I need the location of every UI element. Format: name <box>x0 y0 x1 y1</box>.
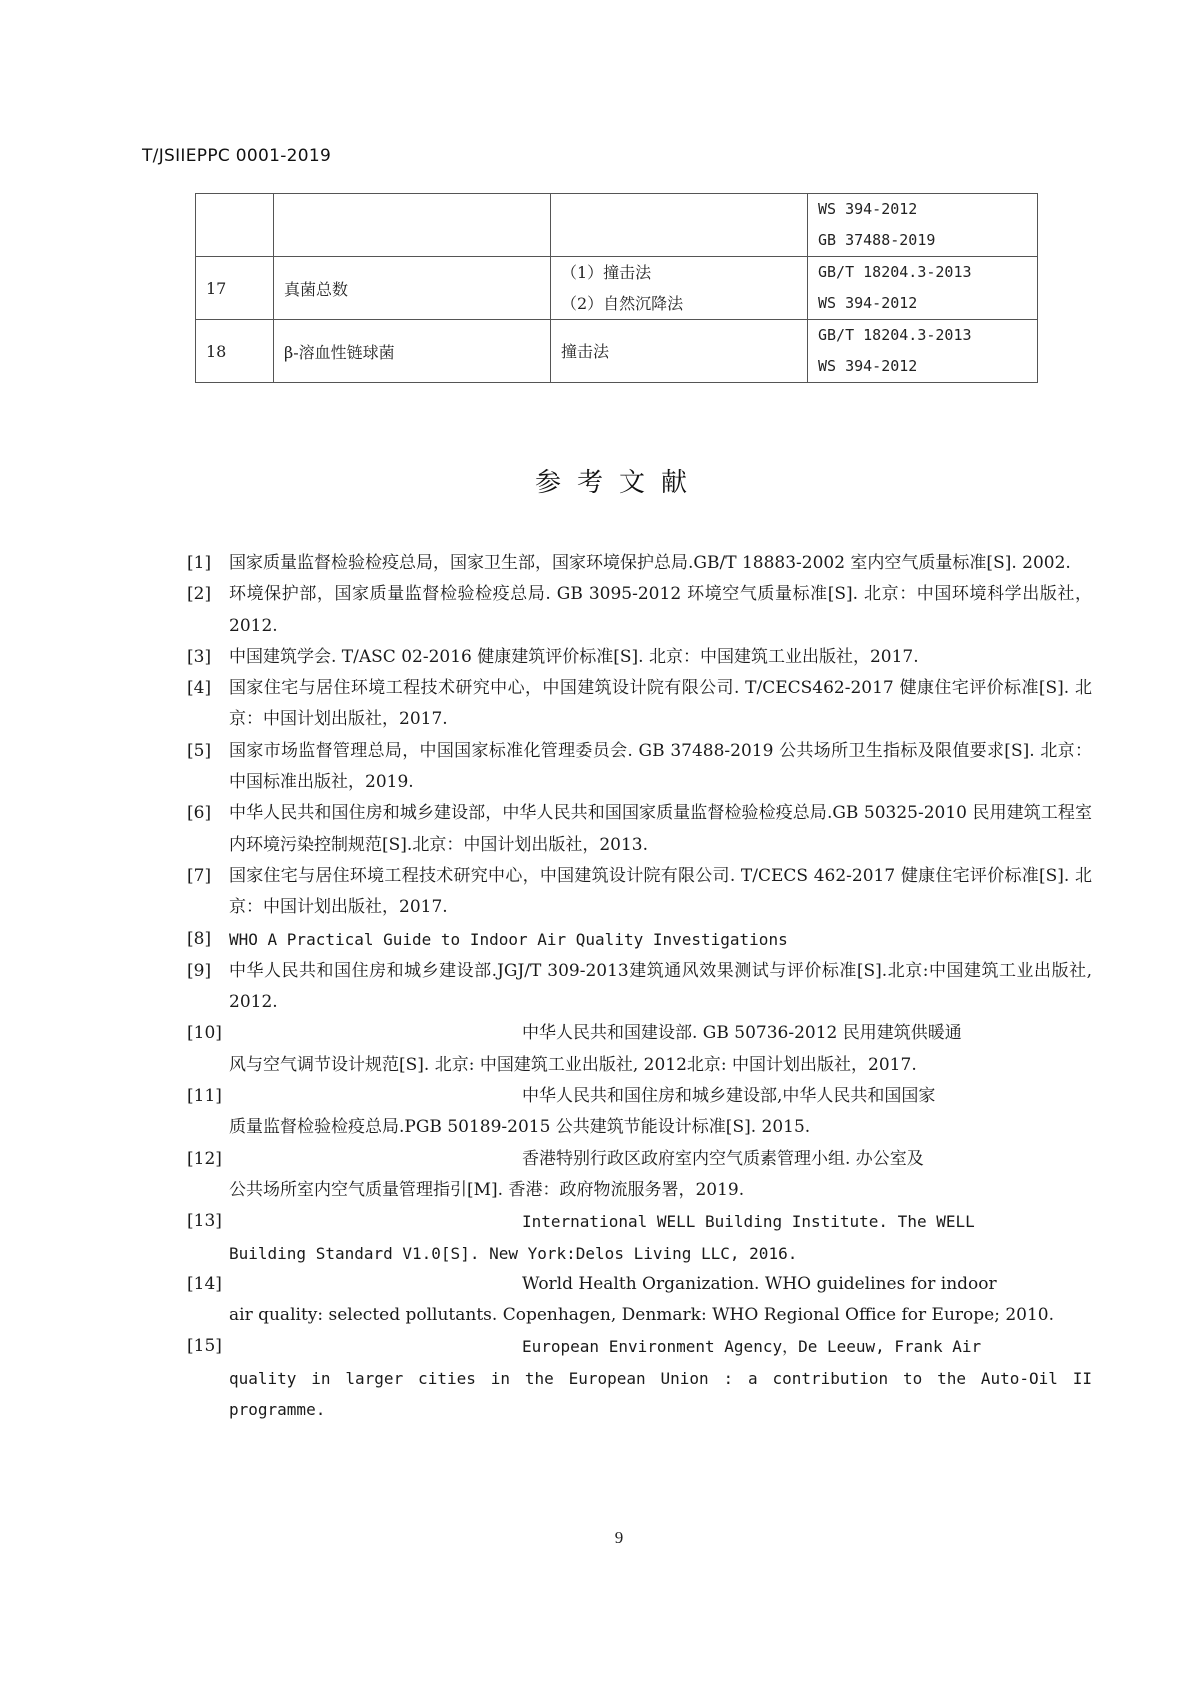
cell-number: 17 <box>196 257 274 320</box>
section-title: 参考文献 <box>0 462 1199 499</box>
reference-text-lead: 香港特别行政区政府室内空气质素管理小组. 办公室及 <box>229 1144 1092 1175</box>
reference-text-rest: Building Standard V1.0[S]. New York:Delo… <box>229 1238 1092 1269</box>
reference-text: 国家市场监督管理总局，中国国家标准化管理委员会. GB 37488-2019 公… <box>229 741 1092 792</box>
cell-methods <box>551 194 808 257</box>
cell-standards: GB/T 18204.3-2013 WS 394-2012 <box>808 320 1038 383</box>
reference-number: [5] <box>187 736 211 767</box>
reference-text-lead: 中华人民共和国住房和城乡建设部,中华人民共和国国家 <box>229 1081 1092 1112</box>
reference-item: [5] 国家市场监督管理总局，中国国家标准化管理委员会. GB 37488-20… <box>187 736 1092 799</box>
reference-text-lead: World Health Organization. WHO guideline… <box>229 1269 1092 1300</box>
table-row: 17 真菌总数 （1）撞击法 （2）自然沉降法 GB/T 18204.3-201… <box>196 257 1038 320</box>
cell-item: β-溶血性链球菌 <box>274 320 551 383</box>
reference-text-lead: International WELL Building Institute. T… <box>229 1206 1092 1237</box>
reference-item: [14] World Health Organization. WHO guid… <box>187 1269 1092 1332</box>
reference-item: [2] 环境保护部，国家质量监督检验检疫总局. GB 3095-2012 环境空… <box>187 579 1092 642</box>
cell-standards: GB/T 18204.3-2013 WS 394-2012 <box>808 257 1038 320</box>
reference-number: [1] <box>187 548 211 579</box>
reference-item: [11] 中华人民共和国住房和城乡建设部,中华人民共和国国家 质量监督检验检疫总… <box>187 1081 1092 1144</box>
reference-number: [2] <box>187 579 211 610</box>
reference-item: [7] 国家住宅与居住环境工程技术研究中心，中国建筑设计院有限公司. T/CEC… <box>187 861 1092 924</box>
reference-text: 国家住宅与居住环境工程技术研究中心，中国建筑设计院有限公司. T/CECS462… <box>229 678 1092 729</box>
reference-item: [10] 中华人民共和国建设部. GB 50736-2012 民用建筑供暖通 风… <box>187 1018 1092 1081</box>
reference-text-lead: European Environment Agency，De Leeuw, Fr… <box>229 1331 1092 1362</box>
method: （1）撞击法 <box>561 257 797 288</box>
reference-number: [15] <box>187 1331 222 1362</box>
reference-text-rest: 质量监督检验检疫总局.PGB 50189-2015 公共建筑节能设计标准[S].… <box>229 1112 1092 1143</box>
reference-item: [13] International WELL Building Institu… <box>187 1206 1092 1269</box>
cell-number: 18 <box>196 320 274 383</box>
table-row: WS 394-2012 GB 37488-2019 <box>196 194 1038 257</box>
reference-text: 国家质量监督检验检疫总局，国家卫生部，国家环境保护总局.GB/T 18883-2… <box>229 553 1071 573</box>
reference-number: [12] <box>187 1144 222 1175</box>
reference-item: [4] 国家住宅与居住环境工程技术研究中心，中国建筑设计院有限公司. T/CEC… <box>187 673 1092 736</box>
reference-text: 环境保护部，国家质量监督检验检疫总局. GB 3095-2012 环境空气质量标… <box>229 584 1092 635</box>
standard-ref: WS 394-2012 <box>818 351 1027 382</box>
standard-ref: GB/T 18204.3-2013 <box>818 257 1027 288</box>
reference-number: [8] <box>187 924 211 955</box>
method: （2）自然沉降法 <box>561 288 797 319</box>
reference-number: [7] <box>187 861 211 892</box>
reference-text: 中华人民共和国住房和城乡建设部.JGJ/T 309-2013建筑通风效果测试与评… <box>229 961 1092 1012</box>
reference-text-rest: 公共场所室内空气质量管理指引[M]. 香港：政府物流服务署，2019. <box>229 1175 1092 1206</box>
reference-text: 中国建筑学会. T/ASC 02-2016 健康建筑评价标准[S]. 北京：中国… <box>229 647 919 667</box>
table-row: 18 β-溶血性链球菌 撞击法 GB/T 18204.3-2013 WS 394… <box>196 320 1038 383</box>
reference-number: [3] <box>187 642 211 673</box>
reference-item: [6] 中华人民共和国住房和城乡建设部，中华人民共和国国家质量监督检验检疫总局.… <box>187 798 1092 861</box>
reference-number: [9] <box>187 956 211 987</box>
reference-text: WHO A Practical Guide to Indoor Air Qual… <box>229 930 788 949</box>
cell-number <box>196 194 274 257</box>
reference-item: [15] European Environment Agency，De Leeu… <box>187 1331 1092 1425</box>
reference-item: [3] 中国建筑学会. T/ASC 02-2016 健康建筑评价标准[S]. 北… <box>187 642 1092 673</box>
standard-ref: WS 394-2012 <box>818 194 1027 225</box>
standard-ref: GB 37488-2019 <box>818 225 1027 256</box>
document-code-header: T/JSIIEPPC 0001-2019 <box>142 146 331 166</box>
test-methods-table: WS 394-2012 GB 37488-2019 17 真菌总数 （1）撞击法… <box>195 193 1038 383</box>
reference-text-rest: air quality: selected pollutants. Copenh… <box>229 1300 1092 1331</box>
cell-standards: WS 394-2012 GB 37488-2019 <box>808 194 1038 257</box>
reference-item: [9] 中华人民共和国住房和城乡建设部.JGJ/T 309-2013建筑通风效果… <box>187 956 1092 1019</box>
reference-number: [4] <box>187 673 211 704</box>
reference-text: 中华人民共和国住房和城乡建设部，中华人民共和国国家质量监督检验检疫总局.GB 5… <box>229 803 1092 854</box>
standard-ref: WS 394-2012 <box>818 288 1027 319</box>
cell-item <box>274 194 551 257</box>
reference-item: [12] 香港特别行政区政府室内空气质素管理小组. 办公室及 公共场所室内空气质… <box>187 1144 1092 1207</box>
reference-number: [14] <box>187 1269 222 1300</box>
reference-text-rest: quality in larger cities in the European… <box>229 1363 1092 1426</box>
reference-item: [1] 国家质量监督检验检疫总局，国家卫生部，国家环境保护总局.GB/T 188… <box>187 548 1092 579</box>
cell-methods: （1）撞击法 （2）自然沉降法 <box>551 257 808 320</box>
reference-number: [10] <box>187 1018 222 1049</box>
reference-item: [8] WHO A Practical Guide to Indoor Air … <box>187 924 1092 956</box>
page-number: 9 <box>0 1528 1199 1548</box>
reference-text: 国家住宅与居住环境工程技术研究中心，中国建筑设计院有限公司. T/CECS 46… <box>229 866 1092 917</box>
method: 撞击法 <box>561 336 797 367</box>
reference-text-lead: 中华人民共和国建设部. GB 50736-2012 民用建筑供暖通 <box>229 1018 1092 1049</box>
reference-list: [1] 国家质量监督检验检疫总局，国家卫生部，国家环境保护总局.GB/T 188… <box>187 548 1092 1425</box>
cell-methods: 撞击法 <box>551 320 808 383</box>
reference-number: [6] <box>187 798 211 829</box>
reference-number: [13] <box>187 1206 222 1237</box>
reference-text-rest: 风与空气调节设计规范[S]. 北京: 中国建筑工业出版社, 2012北京: 中国… <box>229 1050 1092 1081</box>
reference-number: [11] <box>187 1081 222 1112</box>
cell-item: 真菌总数 <box>274 257 551 320</box>
standard-ref: GB/T 18204.3-2013 <box>818 320 1027 351</box>
